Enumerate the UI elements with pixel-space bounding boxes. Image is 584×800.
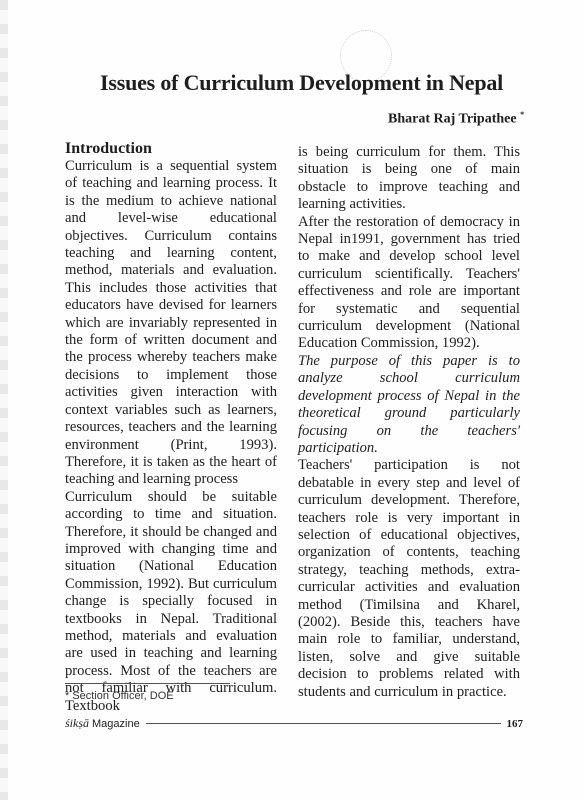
right-column: is being curriculum for them. This situa… bbox=[298, 144, 520, 701]
binding-edge-shadow bbox=[0, 0, 8, 800]
paragraph: Teachers' participation is not debatable… bbox=[298, 457, 520, 701]
left-column: Introduction Curriculum is a sequential … bbox=[65, 140, 277, 715]
page-number: 167 bbox=[507, 718, 524, 730]
document-page: Issues of Curriculum Development in Nepa… bbox=[0, 0, 584, 800]
magazine-label: Magazine bbox=[92, 718, 140, 730]
purpose-statement: The purpose of this paper is to analyze … bbox=[298, 353, 520, 457]
section-heading-introduction: Introduction bbox=[65, 140, 277, 158]
paragraph: is being curriculum for them. This situa… bbox=[298, 144, 520, 214]
page-footer: śikṣā Magazine 167 bbox=[65, 716, 523, 731]
paragraph: Curriculum is a sequential system of tea… bbox=[65, 158, 277, 489]
magazine-name: śikṣā bbox=[65, 716, 89, 731]
article-title: Issues of Curriculum Development in Nepa… bbox=[100, 70, 500, 96]
paragraph: After the restoration of democracy in Ne… bbox=[298, 214, 520, 353]
footer-rule bbox=[146, 723, 501, 724]
article-author: Bharat Raj Tripathee * bbox=[388, 110, 524, 128]
paragraph: Curriculum should be suitable according … bbox=[65, 489, 277, 715]
author-footnote-marker: * bbox=[520, 110, 524, 119]
author-name: Bharat Raj Tripathee bbox=[388, 112, 517, 127]
footnote: * Section Officer, DOE bbox=[65, 690, 174, 702]
footnote-divider bbox=[65, 683, 230, 684]
